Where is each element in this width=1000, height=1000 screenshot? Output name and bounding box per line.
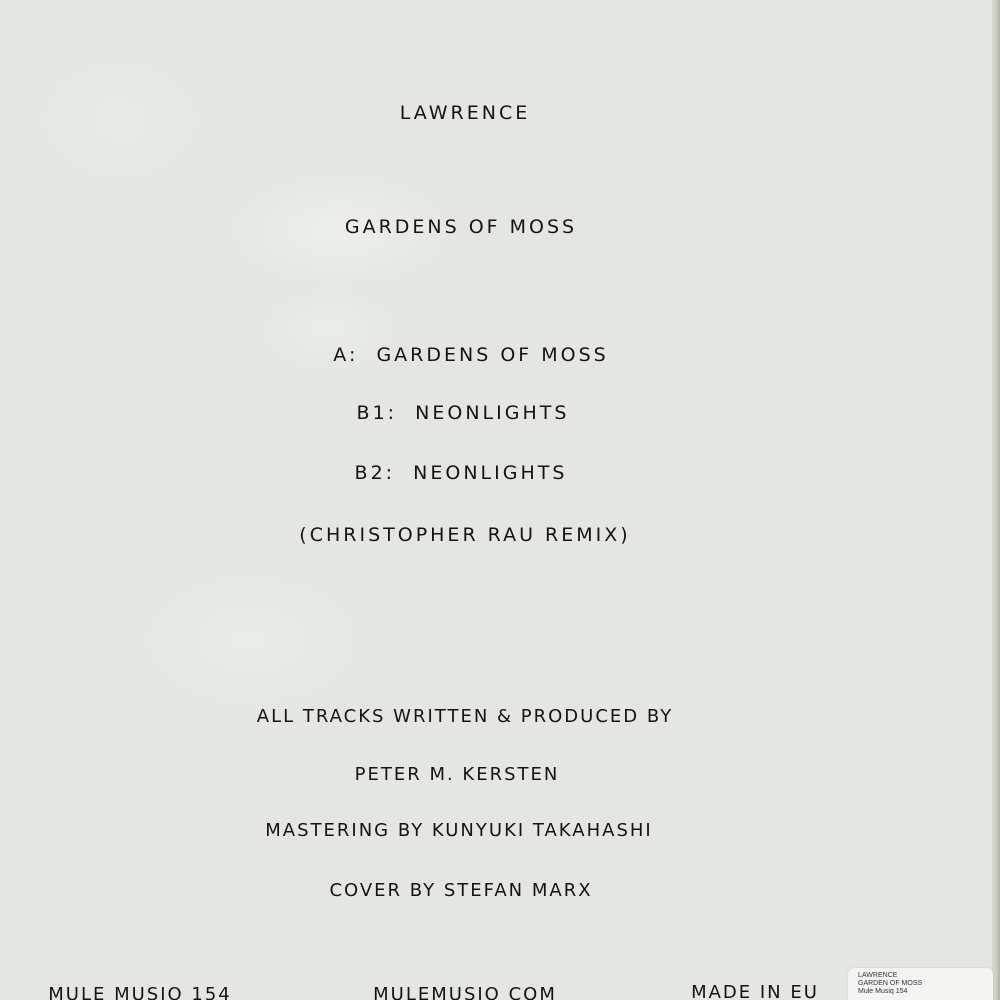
credit-producer-name: PETER M. KERSTEN xyxy=(0,764,922,785)
track-a: A: GARDENS OF MOSS xyxy=(6,344,936,366)
sticker-title: GARDEN OF MOSS xyxy=(858,980,993,988)
shop-sticker: LAWRENCE GARDEN OF MOSS Mule Musiq 154 xyxy=(848,968,993,1000)
credit-mastering: MASTERING BY KUNYUKI TAKAHASHI xyxy=(0,820,924,841)
track-side: B2: xyxy=(355,462,396,484)
track-side: B1: xyxy=(357,402,398,424)
track-title: NEONLIGHTS xyxy=(413,462,567,484)
track-side: A: xyxy=(333,344,358,366)
sticker-artist: LAWRENCE xyxy=(858,972,993,980)
credit-cover-art: COVER BY STEFAN MARX xyxy=(0,880,926,901)
credit-written-produced: ALL TRACKS WRITTEN & PRODUCED BY xyxy=(0,706,930,727)
release-title: GARDENS OF MOSS xyxy=(0,216,926,238)
track-title: NEONLIGHTS xyxy=(415,402,569,424)
sticker-label: Mule Musiq 154 xyxy=(858,988,993,996)
track-b2: B2: NEONLIGHTS xyxy=(0,462,926,484)
artist-name: LAWRENCE xyxy=(0,102,930,124)
track-title: GARDENS OF MOSS xyxy=(376,344,608,366)
remix-note: (CHRISTOPHER RAU REMIX) xyxy=(0,524,930,546)
sleeve-edge xyxy=(992,0,1000,1000)
record-sleeve-back xyxy=(0,0,992,1000)
track-b1: B1: NEONLIGHTS xyxy=(0,402,928,424)
